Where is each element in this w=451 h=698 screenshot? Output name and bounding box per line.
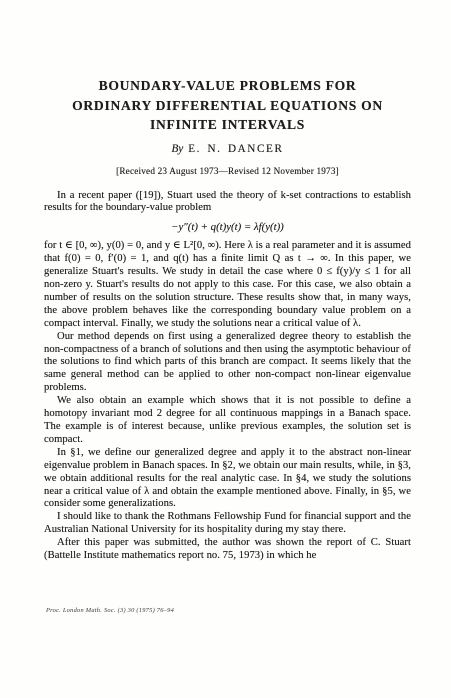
byline: ByE. N. DANCER bbox=[44, 143, 411, 155]
display-equation: −y″(t) + q(t)y(t) = λf(y(t)) bbox=[44, 221, 411, 234]
author-name: E. N. DANCER bbox=[188, 143, 283, 155]
paragraph-addendum: After this paper was submitted, the auth… bbox=[44, 537, 411, 563]
paragraph-method: Our method depends on first using a gene… bbox=[44, 331, 411, 396]
title-line-3: INFINITE INTERVALS bbox=[44, 115, 411, 135]
journal-citation: Proc. London Math. Soc. (3) 30 (1975) 76… bbox=[46, 607, 174, 614]
paragraph-outline: In §1, we define our generalized degree … bbox=[44, 447, 411, 512]
abstract-body: In a recent paper ([19]), Stuart used th… bbox=[44, 190, 411, 563]
paragraph-acknowledgement: I should like to thank the Rothmans Fell… bbox=[44, 511, 411, 537]
paper-title: BOUNDARY-VALUE PROBLEMS FOR ORDINARY DIF… bbox=[44, 76, 411, 135]
scanned-paper-page: BOUNDARY-VALUE PROBLEMS FOR ORDINARY DIF… bbox=[0, 0, 451, 698]
text-column: BOUNDARY-VALUE PROBLEMS FOR ORDINARY DIF… bbox=[44, 76, 411, 563]
paragraph-intro: In a recent paper ([19]), Stuart used th… bbox=[44, 190, 411, 216]
paragraph-example: We also obtain an example which shows th… bbox=[44, 395, 411, 447]
title-line-1: BOUNDARY-VALUE PROBLEMS FOR bbox=[44, 76, 411, 96]
title-line-2: ORDINARY DIFFERENTIAL EQUATIONS ON bbox=[44, 96, 411, 116]
paragraph-conditions: for t ∈ [0, ∞), y(0) = 0, and y ∈ L²[0, … bbox=[44, 240, 411, 330]
byline-by: By bbox=[171, 143, 183, 155]
received-revised-line: [Received 23 August 1973—Revised 12 Nove… bbox=[44, 166, 411, 176]
